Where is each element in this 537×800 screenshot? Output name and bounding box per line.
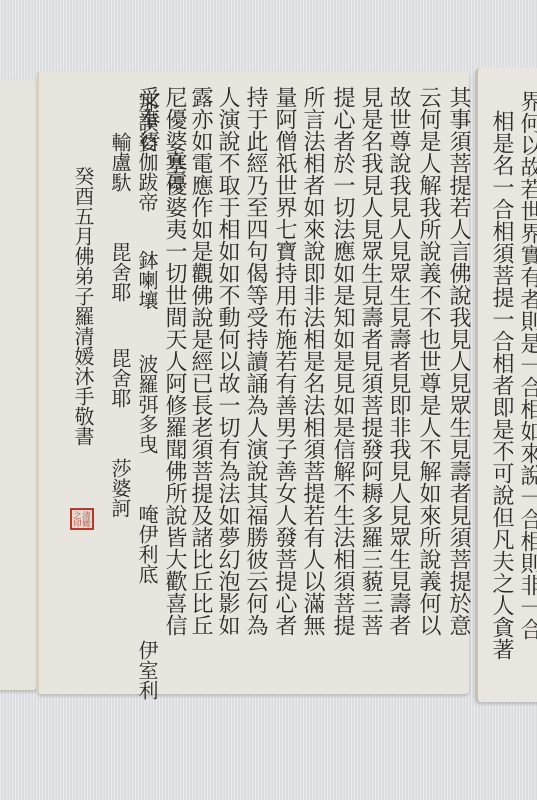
right-text-column-1: 界何以故若世界實有者則是一合相如來說一合相則非一合	[518, 90, 537, 640]
text-column-10: 露亦如電應作如是觀佛說是經已長老須菩提及諸比丘比丘	[189, 86, 215, 636]
text-column-3: 故世尊說我見人見眾生見壽者見即非我見人見眾生見壽者	[387, 86, 413, 636]
mantra-segment: 毘舍耶	[106, 348, 133, 408]
mantra-column-2: 輸盧馱 毘舍耶 毘舍耶 莎婆訶	[107, 132, 133, 692]
text-column-2: 云何是人解我所說義不不也世尊是人不解如來所說義何以	[417, 86, 443, 636]
mantra-segment: 毘舍耶	[106, 242, 133, 302]
right-manuscript-page: 界何以故若世界實有者則是一合相如來說一合相則非一合 相是名一合相須菩提一合相者即…	[475, 68, 537, 702]
right-text-column-2: 相是名一合相須菩提一合相者即是不可說但凡夫之人貪著	[490, 110, 516, 660]
text-column-9: 人演說不取于相如如不動何以故一切有為法如夢幻泡影如	[216, 86, 242, 636]
mantra-segment: 莎婆訶	[106, 458, 133, 518]
page-fold-line	[37, 72, 39, 694]
text-column-4: 見是名我見人見眾生見壽者見須菩提發阿耨多羅三藐三菩	[359, 86, 385, 636]
mantra-segment: 那謨婆伽跋帝	[133, 92, 160, 212]
mantra-segment: 輸盧馱	[106, 132, 133, 192]
text-column-1: 其事須菩提若人言佛說我見人見眾生見壽者見須菩提於意	[447, 86, 473, 636]
mantra-segment: 鉢喇壤	[133, 250, 160, 310]
text-column-6: 所言法相者如來說即非法相是名法相須菩提若有人以滿無	[301, 86, 327, 636]
colophon: 癸酉五月佛弟子羅清媛沐手敬書	[70, 166, 96, 446]
text-column-8: 持于此經乃至四句偈等受持讀誦為人演說其福勝彼云何為	[244, 86, 270, 636]
mantra-segment: 唵伊利底	[133, 504, 160, 584]
mantra-segment: 波羅弭多曳	[133, 354, 160, 454]
text-column-7: 量阿僧祇世界七寶持用布施若有善男子善女人發菩提心者	[273, 86, 299, 636]
mantra-column-1: 那謨婆伽跋帝 鉢喇壤 波羅弭多曳 唵伊利底 伊室利	[134, 92, 160, 682]
main-manuscript-page: 其事須菩提若人言佛說我見人見眾生見壽者見須菩提於意 云何是人解我所說義不不也世尊…	[37, 72, 469, 694]
text-column-5: 提心者於一切法應如是知如是見如是信解不生法相須菩提	[331, 86, 357, 636]
red-seal-stamp: 清媛之印	[70, 508, 94, 530]
left-page-edge	[0, 80, 37, 690]
mantra-segment: 伊室利	[133, 640, 160, 700]
mantra-title: 真言	[161, 150, 187, 190]
